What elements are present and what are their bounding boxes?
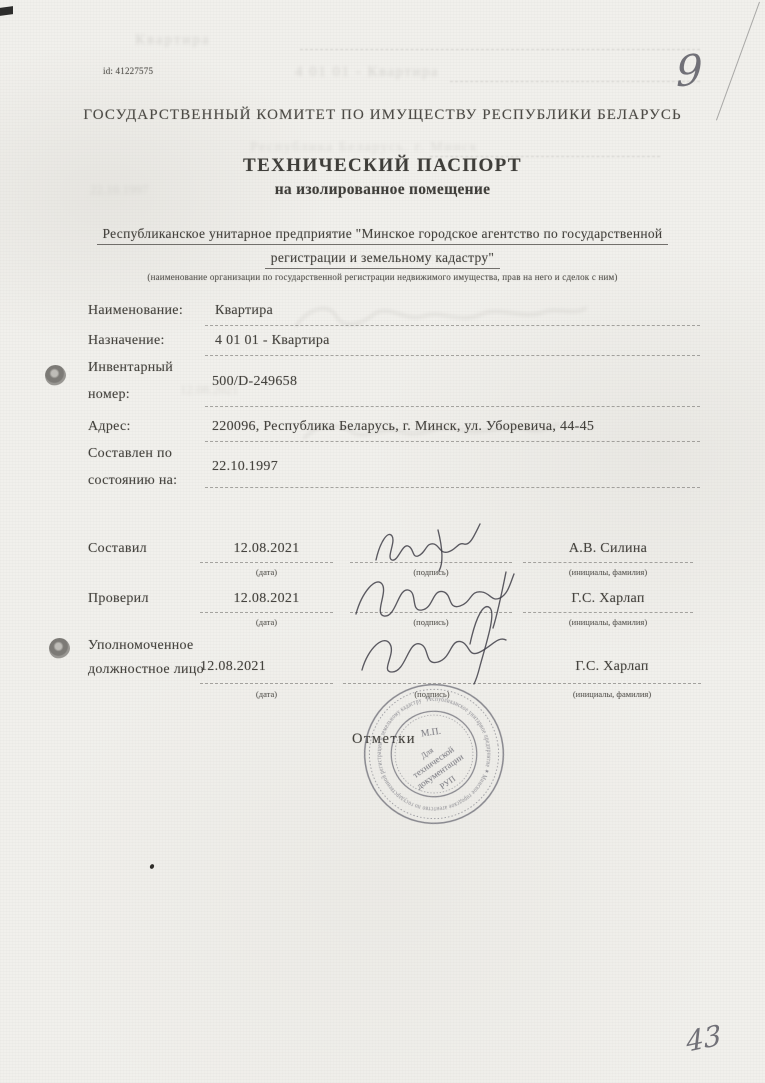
- date-rule: [200, 562, 333, 563]
- field-purpose-rule: [205, 355, 700, 356]
- field-name-label: Наименование:: [88, 303, 183, 319]
- signature-row-date: 12.08.2021: [200, 659, 266, 675]
- scan-speck: [149, 863, 155, 869]
- signature-compiler: [368, 518, 493, 573]
- date-rule: [200, 683, 333, 684]
- name-rule: [523, 562, 693, 563]
- caption-name: (инициалы, фамилия): [523, 689, 701, 699]
- handwritten-footer-number: 43: [685, 1018, 722, 1059]
- field-address-value: 220096, Республика Беларусь, г. Минск, у…: [212, 419, 594, 435]
- scan-id-label: id: 41227575: [103, 66, 153, 76]
- scan-corner-artifact: [0, 6, 13, 16]
- scanned-document-page: Квартира 4 01 01 - Квартира Республика Б…: [0, 0, 765, 1083]
- field-asof-label-line1: Составлен по: [88, 446, 172, 462]
- field-purpose-value: 4 01 01 - Квартира: [215, 333, 330, 349]
- field-inventory-label-line1: Инвентарный: [88, 360, 173, 376]
- authority-name: ГОСУДАРСТВЕННЫЙ КОМИТЕТ ПО ИМУЩЕСТВУ РЕС…: [0, 107, 765, 124]
- signature-row-role-line2: должностное лицо: [88, 662, 204, 678]
- signature-row-role: Проверил: [88, 591, 149, 607]
- date-rule: [200, 612, 333, 613]
- caption-date: (дата): [200, 617, 333, 627]
- punch-hole-mark: [49, 638, 70, 659]
- signature-row-date: 12.08.2021: [200, 591, 333, 607]
- bleedthrough-signature: [290, 298, 590, 334]
- organization-line2: регистрации и земельному кадастру": [0, 250, 765, 269]
- seal-center-text: Для технической документации РУП: [402, 734, 473, 802]
- signature-row-role: Составил: [88, 541, 147, 557]
- field-asof-label-line2: состоянию на:: [88, 473, 177, 489]
- field-address-label: Адрес:: [88, 419, 131, 435]
- scan-fold-line: [716, 2, 760, 121]
- name-rule: [523, 683, 701, 684]
- field-purpose-label: Назначение:: [88, 333, 165, 349]
- organization-line2-text: регистрации и земельному кадастру": [265, 250, 500, 269]
- organization-caption: (наименование организации по государстве…: [0, 272, 765, 282]
- bleedthrough-rule: [450, 81, 700, 82]
- signature-row-role-line1: Уполномоченное: [88, 638, 194, 654]
- bleedthrough-text: 4 01 01 - Квартира: [295, 64, 439, 81]
- field-asof-value: 22.10.1997: [212, 459, 278, 475]
- signature-row-date: 12.08.2021: [200, 541, 333, 557]
- seal-ring-text: Республиканское унитарное предприятие ✶ …: [368, 688, 500, 820]
- caption-date: (дата): [200, 689, 333, 699]
- organization-line1: Республиканское унитарное предприятие "М…: [0, 226, 765, 245]
- document-title: ТЕХНИЧЕСКИЙ ПАСПОРТ: [0, 155, 765, 177]
- caption-name: (инициалы, фамилия): [523, 567, 693, 577]
- field-name-rule: [205, 325, 700, 326]
- field-name-value: Квартира: [215, 303, 273, 319]
- organization-line1-text: Республиканское унитарное предприятие "М…: [97, 226, 669, 245]
- signature-row-name: Г.С. Харлап: [523, 591, 693, 607]
- caption-name: (инициалы, фамилия): [523, 617, 693, 627]
- field-inventory-label-line2: номер:: [88, 387, 130, 403]
- name-rule: [523, 612, 693, 613]
- document-subtitle: на изолированное помещение: [0, 181, 765, 199]
- bleedthrough-text: Квартира: [135, 32, 211, 49]
- signature-row-name: Г.С. Харлап: [523, 659, 701, 675]
- field-asof-rule: [205, 487, 700, 488]
- signature-row-name: А.В. Силина: [523, 541, 693, 557]
- bleedthrough-text: Республика Беларусь, г. Минск: [250, 140, 478, 156]
- round-seal-stamp: Республиканское унитарное предприятие ✶ …: [348, 668, 520, 840]
- seal-mp-text: М.П.: [420, 727, 441, 740]
- field-inventory-value: 500/D-249658: [212, 374, 297, 390]
- bleedthrough-rule: [300, 49, 700, 50]
- field-address-rule: [205, 441, 700, 442]
- caption-date: (дата): [200, 567, 333, 577]
- field-inventory-rule: [205, 406, 700, 407]
- punch-hole-mark: [45, 365, 66, 386]
- handwritten-page-number: 9: [676, 44, 703, 96]
